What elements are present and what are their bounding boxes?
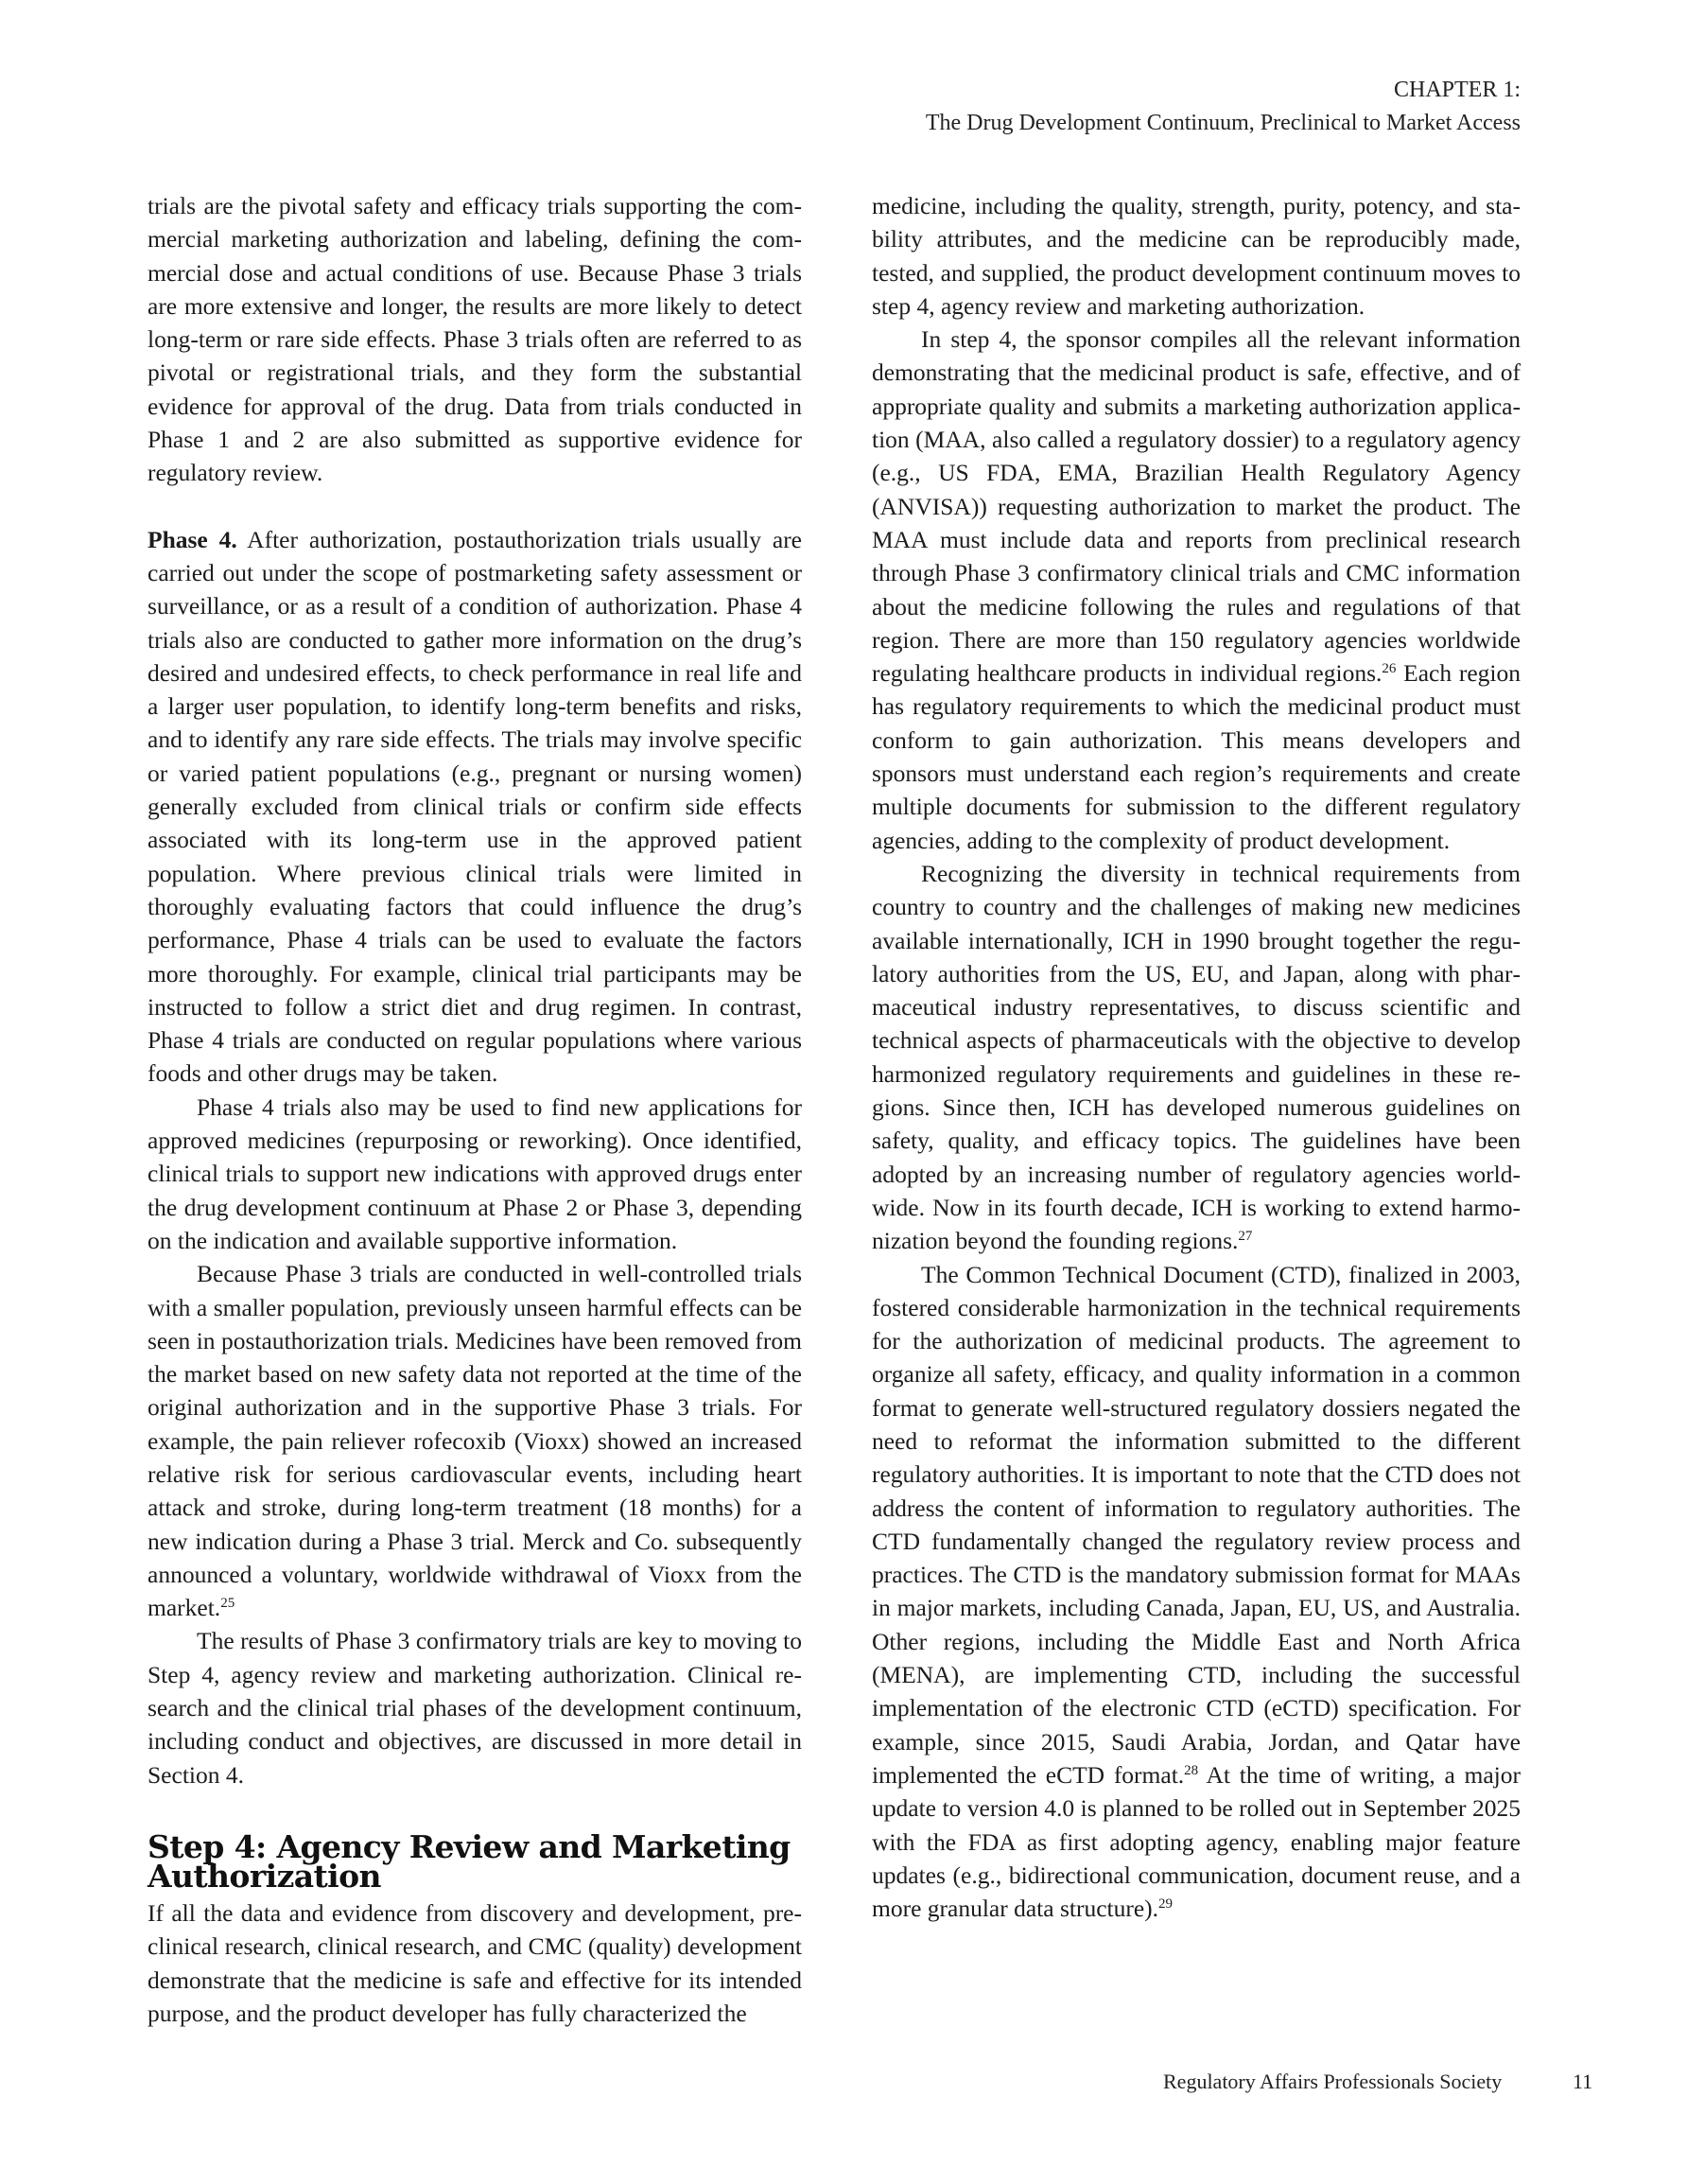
left-column: trials are the pivotal safety and effica… <box>148 189 802 2030</box>
paragraph: In step 4, the sponsor compiles all the … <box>872 323 1521 857</box>
run-in-heading: Phase 4. <box>148 526 237 553</box>
footnote-ref[interactable]: 29 <box>1158 1896 1173 1912</box>
footer-organization: Regulatory Affairs Professionals Society <box>1163 2068 1502 2096</box>
section-heading: Step 4: Agency Review and Marketing Auth… <box>148 1832 802 1891</box>
footnote-ref[interactable]: 26 <box>1382 661 1396 676</box>
paragraph-text: After authorization, postauthorization t… <box>148 526 802 1088</box>
paragraph-text: Recognizing the diversity in technical r… <box>872 860 1521 1254</box>
page-number: 11 <box>1573 2068 1592 2096</box>
chapter-title: The Drug Development Continuum, Preclini… <box>926 107 1521 140</box>
paragraph-text: Each region has regulatory requirements … <box>872 659 1521 853</box>
paragraph-phase-4: Phase 4. After authorization, postauthor… <box>148 523 802 1091</box>
footnote-ref[interactable]: 28 <box>1184 1763 1198 1778</box>
paragraph: If all the data and evidence from discov… <box>148 1896 802 2030</box>
paragraph: Recognizing the diversity in technical r… <box>872 857 1521 1258</box>
paragraph-text: In step 4, the sponsor compiles all the … <box>872 325 1521 687</box>
paragraph: trials are the pivotal safety and effica… <box>148 189 802 490</box>
running-head: CHAPTER 1: The Drug Development Continuu… <box>926 74 1521 140</box>
paragraph: Phase 4 trials also may be used to find … <box>148 1091 802 1257</box>
paragraph: The Common Technical Document (CTD), fin… <box>872 1258 1521 1926</box>
paragraph: medicine, including the quality, strengt… <box>872 189 1521 323</box>
paragraph: Because Phase 3 trials are conducted in … <box>148 1257 802 1624</box>
right-column: medicine, including the quality, strengt… <box>872 189 1521 1925</box>
paragraph-text: The Common Technical Document (CTD), fin… <box>872 1261 1521 1789</box>
chapter-label: CHAPTER 1: <box>926 74 1521 107</box>
footnote-ref[interactable]: 27 <box>1238 1229 1252 1244</box>
paragraph-text: Because Phase 3 trials are conducted in … <box>148 1260 802 1621</box>
footnote-ref[interactable]: 25 <box>220 1596 235 1611</box>
paragraph: The results of Phase 3 confirmatory tria… <box>148 1624 802 1791</box>
